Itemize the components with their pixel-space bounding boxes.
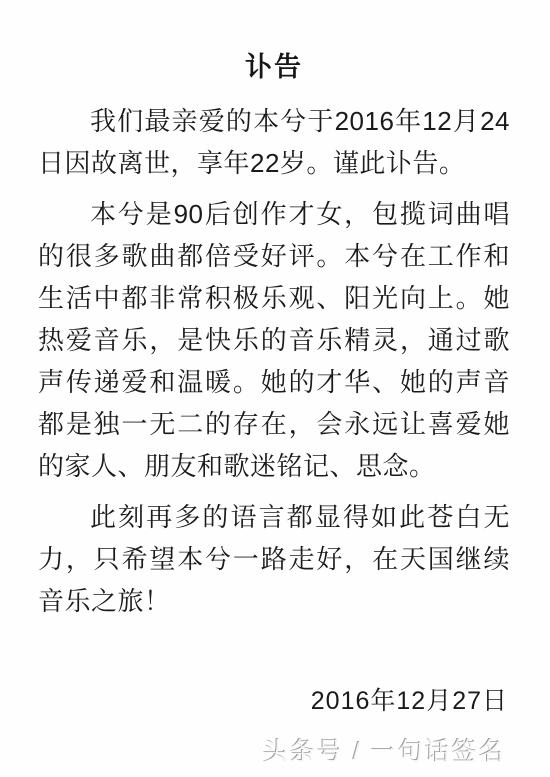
toutiao-watermark-text: 头条号 / 一句话签名: [263, 735, 506, 769]
obituary-paragraph-2: 本兮是90后创作才女，包揽词曲唱的很多歌曲都倍受好评。本兮在工作和生活中都非常积…: [38, 193, 510, 487]
obituary-paragraph-1: 我们最亲爱的本兮于2016年12月24日因故离世，享年22岁。谨此讣告。: [38, 100, 510, 184]
obituary-date: 2016年12月27日: [38, 680, 508, 722]
obituary-paragraph-3: 此刻再多的语言都显得如此苍白无力，只希望本兮一路走好，在天国继续音乐之旅！: [38, 496, 510, 622]
obituary-title: 讣告: [38, 48, 510, 86]
obituary-document-page: 讣告 我们最亲爱的本兮于2016年12月24日因故离世，享年22岁。谨此讣告。 …: [0, 0, 550, 777]
